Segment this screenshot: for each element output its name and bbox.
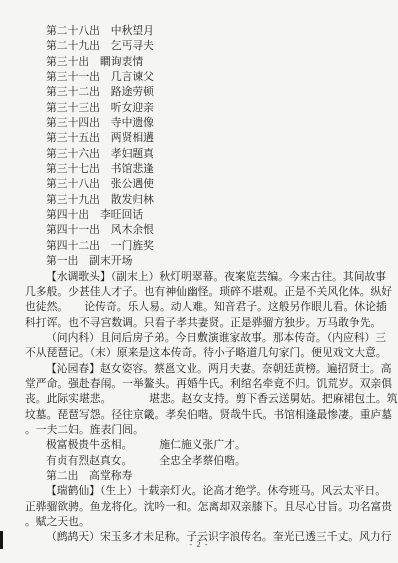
body-text-line: 科打诨。也不寻宫数调。只看子孝共妻贤。正是骅骝方独步。万马敢争先。 <box>25 316 375 331</box>
body-text-line: 堂严命。强赴春闱。一举鳌头。再婚牛氏。利绾名牵竟不归。饥荒岁。双亲俱 <box>25 377 375 392</box>
toc-entry: 第二十八出 中秋望月 <box>25 24 375 39</box>
body-text-line: 【水调歌头】（副末上）秋灯明翠幕。夜案览芸编。今来古往。其间故事 <box>25 270 375 285</box>
toc-entry: 第三十八出 张公遇使 <box>25 177 375 192</box>
toc-entry: 第四十二出 一门旌奖 <box>25 239 375 254</box>
body-text-line: 几多般。少甚佳人才子。也有神仙幽怪。琐碎不堪观。正是不关风化体。纵好 <box>25 285 375 300</box>
toc-entry: 第三十三出 听女迎亲 <box>25 101 375 116</box>
scan-artifact-mark <box>0 531 3 549</box>
body-text-line: 。赋之天也。 <box>25 515 375 530</box>
body-text-line: 也徒然。 论传奇。乐人易。动人难。知音君子。这般另作眼儿看。休论插 <box>25 300 375 315</box>
toc-entry: 第三十七出 书馆悲逢 <box>25 162 375 177</box>
toc-entry: 第三十出 瞷询衷情 <box>25 55 375 70</box>
body-text-line: 不从琵琶记。（末）原来是这本传奇。待小子略道几句家门。便见戏文大意。 <box>25 346 375 361</box>
toc-entry: 第一出 副末开场 <box>25 254 375 269</box>
toc-entry: 第三十一出 几言谏父 <box>25 70 375 85</box>
body-text-line: 有贞有烈赵真女。 全忠全孝蔡伯喈。 <box>25 454 375 469</box>
toc-entry: 第四十出 李旺回话 <box>25 208 375 223</box>
toc-entry: 第三十二出 路途劳顿 <box>25 85 375 100</box>
body-text-line: 【瑞鹤仙】（生上）十载亲灯火。论高才绝学。休夸班马。风云太平日。 <box>25 484 375 499</box>
toc-entry: 第四十一出 风木余恨 <box>25 223 375 238</box>
toc-entry: 第二十九出 乞丐寻夫 <box>25 39 375 54</box>
play-text: 【水调歌头】（副末上）秋灯明翠幕。夜案览芸编。今来古往。其间故事几多般。少甚佳人… <box>25 270 375 546</box>
body-text-line: 丧。此际实堪悲。 堪悲。赵女支持。剪下香云送舅姑。把麻裙包土。筑成 <box>25 392 375 407</box>
body-text-line: 极富极贵牛丞相。 施仁施义张广才。 <box>25 438 375 453</box>
table-of-contents: 第二十八出 中秋望月第二十九出 乞丐寻夫第三十出 瞷询衷情第三十一出 几言谏父第… <box>25 24 375 270</box>
page-number: - 2 - <box>0 539 398 549</box>
toc-entry: 第三十九出 散发归林 <box>25 193 375 208</box>
body-text-line: 第二出 高堂称寿 <box>25 469 375 484</box>
body-text-line: 正骅骝欲骋。鱼龙将化。沈吟一和。怎离却双亲膝下。且尽心甘旨。功名富贵 <box>25 500 375 515</box>
body-text-line: （问内科）且问后房子弟。今日敷演谁家故事。那本传奇。（内应科）三 <box>25 331 375 346</box>
body-text-line: 。一夫二妇。旌表门闾。 <box>25 423 375 438</box>
toc-entry: 第三十六出 孝妇题真 <box>25 147 375 162</box>
toc-entry: 第三十四出 寺中遗像 <box>25 116 375 131</box>
document-page: 第二十八出 中秋望月第二十九出 乞丐寻夫第三十出 瞷询衷情第三十一出 几言谏父第… <box>25 24 375 546</box>
body-text-line: 【沁园春】赵女姿容。蔡邕文业。两月夫妻。奈朝廷黄榜。遍招贤士。高 <box>25 362 375 377</box>
toc-entry: 第三十五出 两贤相遘 <box>25 131 375 146</box>
body-text-line: 坟墓。琵琶写怨。径往京畿。孝矣伯喈。贤哉牛氏。书馆相逢最惨凄。重庐墓 <box>25 408 375 423</box>
